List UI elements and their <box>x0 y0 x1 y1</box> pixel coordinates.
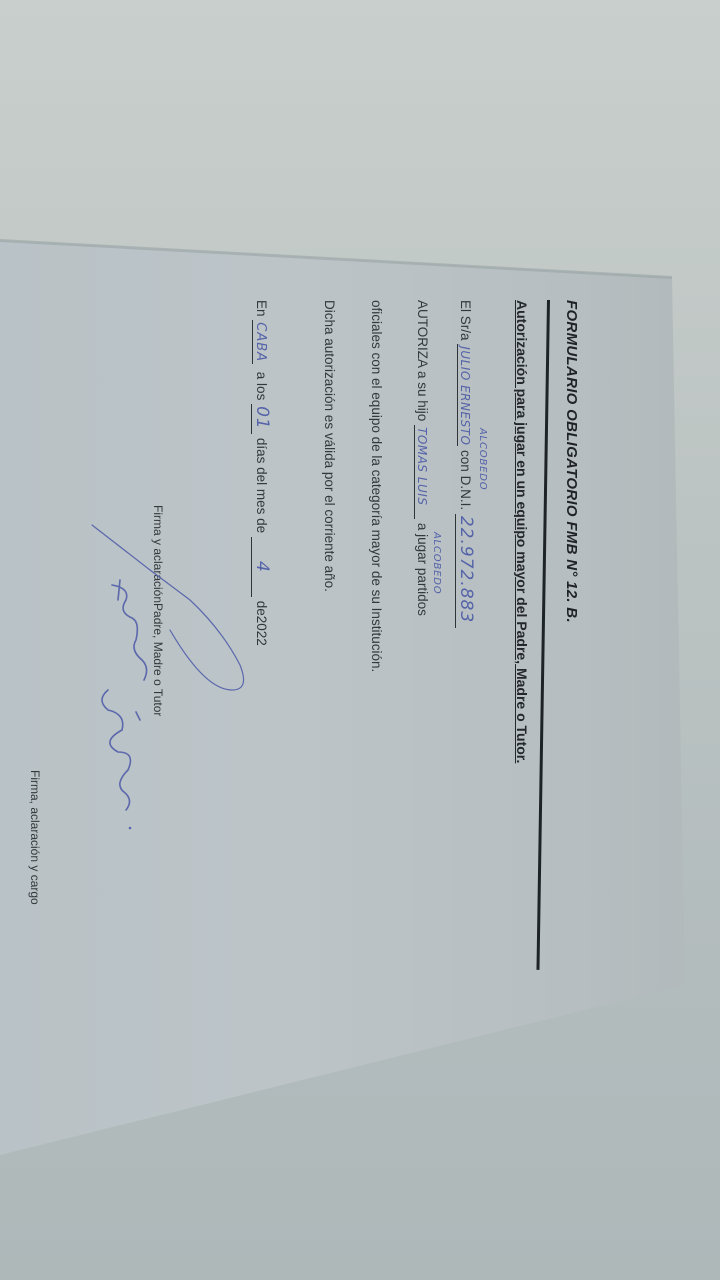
child-suffix: a jugar partidos <box>415 523 430 616</box>
place-field[interactable]: CABA <box>252 320 268 364</box>
child-name-field[interactable]: TOMAS LUIS <box>414 425 429 519</box>
categoria-line: oficiales con el equipo de la categoría … <box>369 300 384 672</box>
parent-line: El Sr/a JULIO ERNESTO con D.N.I. 22.972.… <box>455 300 476 628</box>
month-field[interactable]: 4 <box>251 537 272 597</box>
parent-name-field[interactable]: JULIO ERNESTO <box>457 344 472 446</box>
date-line: En CABA a los 01 días del mes de 4 de202… <box>251 300 272 646</box>
year-label: de2022 <box>254 601 269 646</box>
title-divider <box>536 300 550 970</box>
dni-label: con D.N.I. <box>458 450 473 510</box>
dias-label: días del mes de <box>254 438 269 533</box>
en-label: En <box>254 300 269 317</box>
parent-prefix: El Sr/a <box>458 300 473 341</box>
parent-surname-annotation: ALCOBEDO <box>477 428 488 490</box>
dni-field[interactable]: 22.972.883 <box>455 514 476 628</box>
a-los-label: a los <box>254 372 269 401</box>
validez-line: Dicha autorización es válida por el corr… <box>322 300 337 592</box>
child-prefix: AUTORIZA a su hijo <box>415 300 430 421</box>
form-title: FORMULARIO OBLIGATORIO FMB N° 12. B. <box>563 300 580 623</box>
child-line: AUTORIZA a su hijo TOMAS LUIS a jugar pa… <box>414 300 430 616</box>
child-surname-annotation: ALCOBEDO <box>431 532 442 594</box>
form-subtitle: Autorización para jugar en un equipo may… <box>514 300 530 763</box>
form-document: FORMULARIO OBLIGATORIO FMB N° 12. B. Aut… <box>20 300 580 1000</box>
day-field[interactable]: 01 <box>251 404 272 434</box>
official-signature-label: Firma, aclaración y cargo <box>28 770 42 905</box>
parent-signature-label: Firma y aclaraciónPadre, Madre o Tutor <box>151 505 165 716</box>
